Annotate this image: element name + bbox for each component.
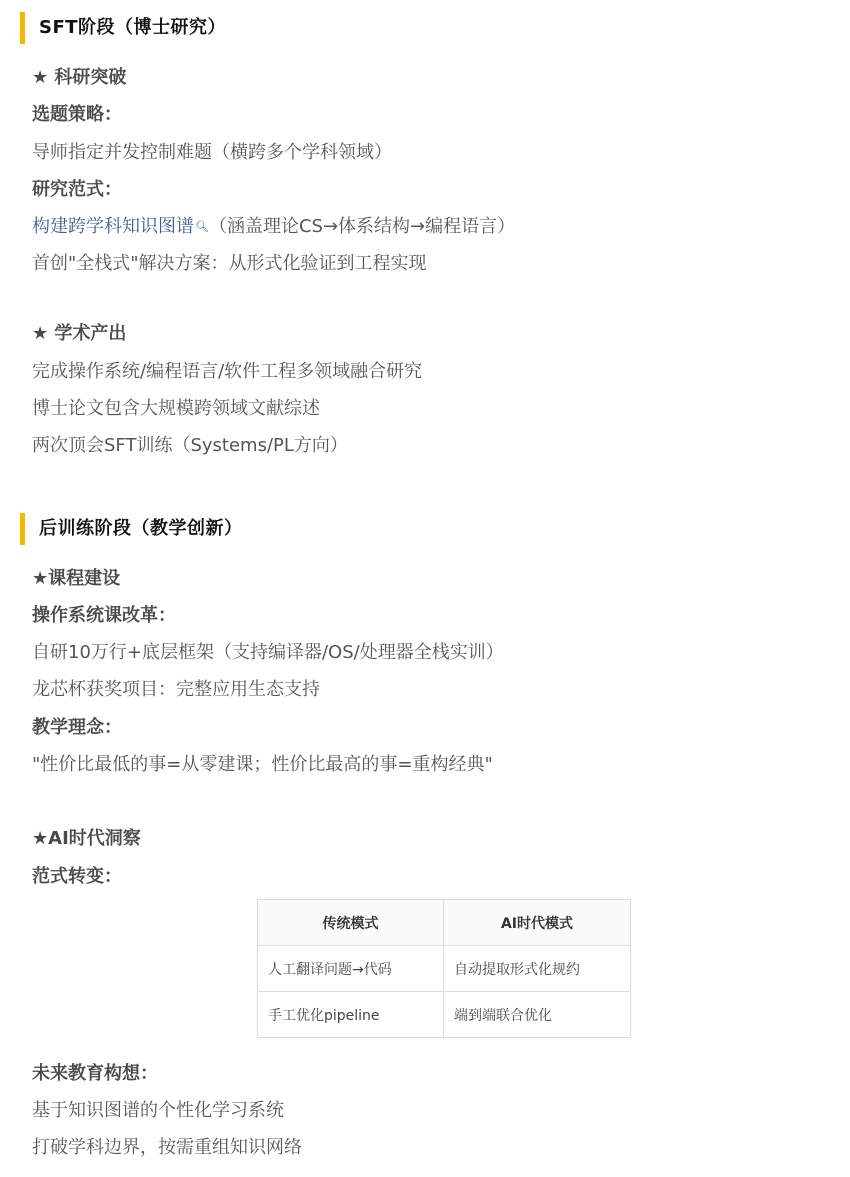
list-item: 基于知识图谱的个性化学习系统 — [32, 1099, 284, 1123]
column-header: AI时代模式 — [444, 900, 631, 946]
subheading-academic-output: ★ 学术产出 — [32, 322, 126, 346]
label-os-reform: 操作系统课改革： — [32, 604, 176, 628]
list-item: 龙芯杯获奖项目：完整应用生态支持 — [32, 678, 320, 702]
section-heading-post-training: 后训练阶段（教学创新） — [20, 513, 243, 545]
paradigm-rest: （涵盖理论CS→体系结构→编程语言） — [209, 216, 515, 237]
table-header-row: 传统模式 AI时代模式 — [258, 900, 631, 946]
table-cell: 手工优化pipeline — [258, 992, 444, 1038]
list-item: 两次顶会SFT训练（Systems/PL方向） — [32, 434, 348, 458]
table-cell: 人工翻译问题→代码 — [258, 946, 444, 992]
table-cell: 端到端联合优化 — [444, 992, 631, 1038]
list-item: 完成操作系统/编程语言/软件工程多领域融合研究 — [32, 360, 422, 384]
table-row: 手工优化pipeline 端到端联合优化 — [258, 992, 631, 1038]
label-research-paradigm: 研究范式： — [32, 178, 122, 202]
subheading-course: ★课程建设 — [32, 567, 120, 591]
text-topic-strategy: 导师指定并发控制难题（横跨多个学科领域） — [32, 141, 392, 165]
section-heading-sft: SFT阶段（博士研究） — [20, 12, 226, 44]
list-item: 打破学科边界，按需重组知识网络 — [32, 1136, 302, 1160]
paradigm-comparison-table: 传统模式 AI时代模式 人工翻译问题→代码 自动提取形式化规约 手工优化pipe… — [257, 899, 631, 1038]
list-item: 自研10万行+底层框架（支持编译器/OS/处理器全栈实训） — [32, 641, 504, 665]
label-future-education: 未来教育构想： — [32, 1062, 158, 1086]
subheading-research: ★ 科研突破 — [32, 66, 126, 90]
text-research-paradigm: 构建跨学科知识图谱🔍︎（涵盖理论CS→体系结构→编程语言） — [32, 215, 515, 239]
text-fullstack-solution: 首创"全栈式"解决方案：从形式化验证到工程实现 — [32, 252, 427, 276]
search-icon[interactable]: 🔍︎ — [195, 220, 209, 233]
subheading-ai-insight: ★AI时代洞察 — [32, 827, 141, 851]
list-item: 博士论文包含大规模跨领域文献综述 — [32, 397, 320, 421]
table-row: 人工翻译问题→代码 自动提取形式化规约 — [258, 946, 631, 992]
label-paradigm-shift: 范式转变： — [32, 865, 122, 889]
table-cell: 自动提取形式化规约 — [444, 946, 631, 992]
knowledge-graph-link[interactable]: 构建跨学科知识图谱 — [32, 216, 194, 237]
label-topic-strategy: 选题策略： — [32, 103, 122, 127]
label-teaching-philosophy: 教学理念： — [32, 716, 122, 740]
text-teaching-philosophy: "性价比最低的事=从零建课；性价比最高的事=重构经典" — [32, 753, 493, 777]
column-header: 传统模式 — [258, 900, 444, 946]
